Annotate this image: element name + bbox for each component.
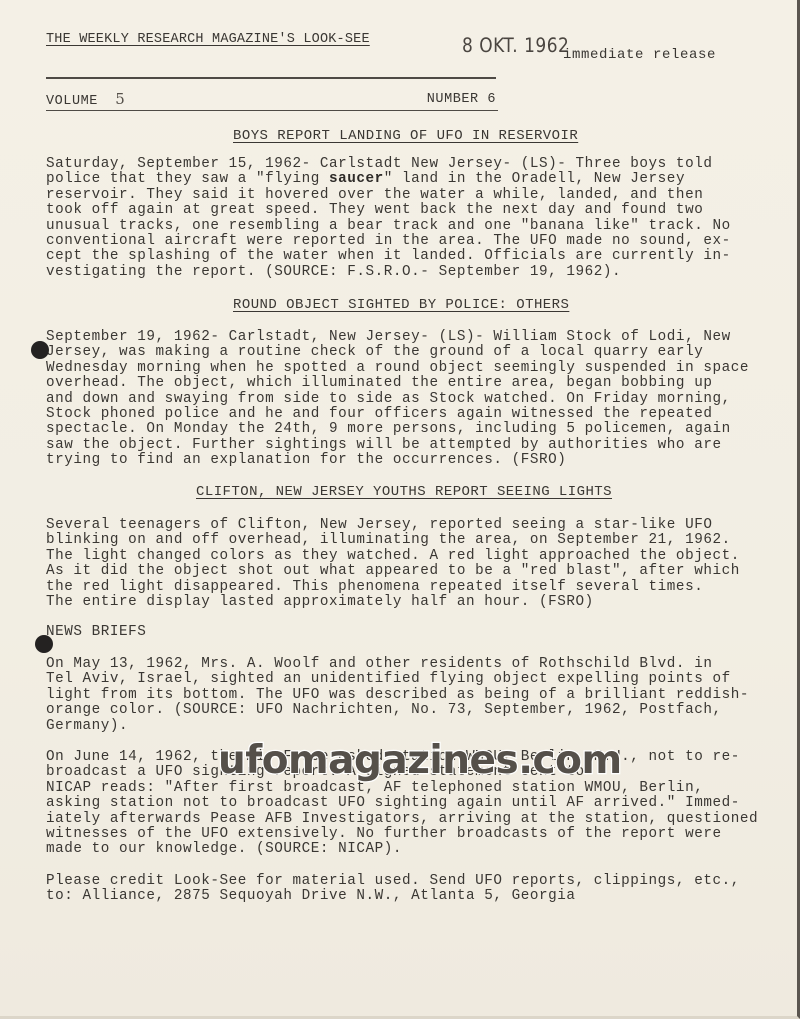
punch-hole-icon bbox=[31, 341, 49, 359]
text-line: Saturday, September 15, 1962- Carlstadt … bbox=[46, 157, 731, 172]
article-body-police: September 19, 1962- Carlstadt, New Jerse… bbox=[46, 330, 749, 469]
text-line: Several teenagers of Clifton, New Jersey… bbox=[46, 518, 740, 533]
volume-value: 5 bbox=[115, 90, 125, 108]
text-line: vestigating the report. (SOURCE: F.S.R.O… bbox=[46, 265, 731, 280]
text-line: orange color. (SOURCE: UFO Nachrichten, … bbox=[46, 703, 749, 718]
publication-title: THE WEEKLY RESEARCH MAGAZINE'S LOOK-SEE bbox=[46, 32, 370, 47]
text-line: to: Alliance, 2875 Sequoyah Drive N.W., … bbox=[46, 889, 740, 904]
text-line: Please credit Look-See for material used… bbox=[46, 874, 740, 889]
document-page: THE WEEKLY RESEARCH MAGAZINE'S LOOK-SEE … bbox=[0, 0, 800, 1019]
text-line: took off again at great speed. They went… bbox=[46, 203, 731, 218]
punch-hole-icon bbox=[35, 635, 53, 653]
text-line: Tel Aviv, Israel, sighted an unidentifie… bbox=[46, 672, 749, 687]
text-line: the red light disappeared. This phenomen… bbox=[46, 580, 740, 595]
text-line: made to our knowledge. (SOURCE: NICAP). bbox=[46, 842, 758, 857]
article-body-clifton: Several teenagers of Clifton, New Jersey… bbox=[46, 518, 740, 610]
text-line: Jersey, was making a routine check of th… bbox=[46, 345, 749, 360]
text-line: unusual tracks, one resembling a bear tr… bbox=[46, 219, 731, 234]
release-note: immediate release bbox=[563, 48, 716, 63]
text-line: The entire display lasted approximately … bbox=[46, 595, 740, 610]
text-line: light from its bottom. The UFO was descr… bbox=[46, 688, 749, 703]
text-line: saw the object. Further sightings will b… bbox=[46, 438, 749, 453]
footer-credit-note: Please credit Look-See for material used… bbox=[46, 874, 740, 905]
text-line: September 19, 1962- Carlstadt, New Jerse… bbox=[46, 330, 749, 345]
emphasized-word: saucer bbox=[329, 171, 384, 187]
text-line: conventional aircraft were reported in t… bbox=[46, 234, 731, 249]
text-line: police that they saw a "flying saucer" l… bbox=[46, 172, 731, 187]
article-heading-clifton: CLIFTON, NEW JERSEY YOUTHS REPORT SEEING… bbox=[196, 485, 612, 500]
text-line: On May 13, 1962, Mrs. A. Woolf and other… bbox=[46, 657, 749, 672]
number-field: NUMBER 6 bbox=[427, 92, 496, 107]
text-line: overhead. The object, which illuminated … bbox=[46, 376, 749, 391]
article-body-reservoir: Saturday, September 15, 1962- Carlstadt … bbox=[46, 157, 731, 280]
news-brief-tel-aviv: On May 13, 1962, Mrs. A. Woolf and other… bbox=[46, 657, 749, 734]
text-line: NICAP reads: "After first broadcast, AF … bbox=[46, 781, 758, 796]
volume-label: VOLUME bbox=[46, 94, 98, 109]
volume-number-row: VOLUME 5 NUMBER 6 bbox=[46, 92, 498, 111]
text-line: reservoir. They said it hovered over the… bbox=[46, 188, 731, 203]
text-line: The light changed colors as they watched… bbox=[46, 549, 740, 564]
watermark-logo: ufomagazines.com bbox=[218, 738, 622, 783]
text-line: iately afterwards Pease AFB Investigator… bbox=[46, 812, 758, 827]
news-briefs-heading: NEWS BRIEFS bbox=[46, 625, 146, 640]
text-line: blinking on and off overhead, illuminati… bbox=[46, 533, 740, 548]
text-line: and down and swaying from side to side a… bbox=[46, 392, 749, 407]
received-date-stamp: 8 OKT. 1962 bbox=[462, 35, 569, 58]
text-line: Wednesday morning when he spotted a roun… bbox=[46, 361, 749, 376]
text-line: As it did the object shot out what appea… bbox=[46, 564, 740, 579]
text-line: asking station not to broadcast UFO sigh… bbox=[46, 796, 758, 811]
text-line: trying to find an explanation for the oc… bbox=[46, 453, 749, 468]
text-line: spectacle. On Monday the 24th, 9 more pe… bbox=[46, 422, 749, 437]
number-label: NUMBER bbox=[427, 92, 479, 107]
header-rule bbox=[46, 77, 496, 79]
text-line: Germany). bbox=[46, 719, 749, 734]
volume-field: VOLUME 5 bbox=[46, 92, 125, 109]
text-line: cept the splashing of the water when it … bbox=[46, 249, 731, 264]
article-heading-reservoir: BOYS REPORT LANDING OF UFO IN RESERVOIR bbox=[233, 129, 578, 144]
article-heading-police: ROUND OBJECT SIGHTED BY POLICE: OTHERS bbox=[233, 298, 569, 313]
number-value: 6 bbox=[487, 92, 496, 107]
text-line: Stock phoned police and he and four offi… bbox=[46, 407, 749, 422]
text-line: witnesses of the UFO extensively. No fur… bbox=[46, 827, 758, 842]
